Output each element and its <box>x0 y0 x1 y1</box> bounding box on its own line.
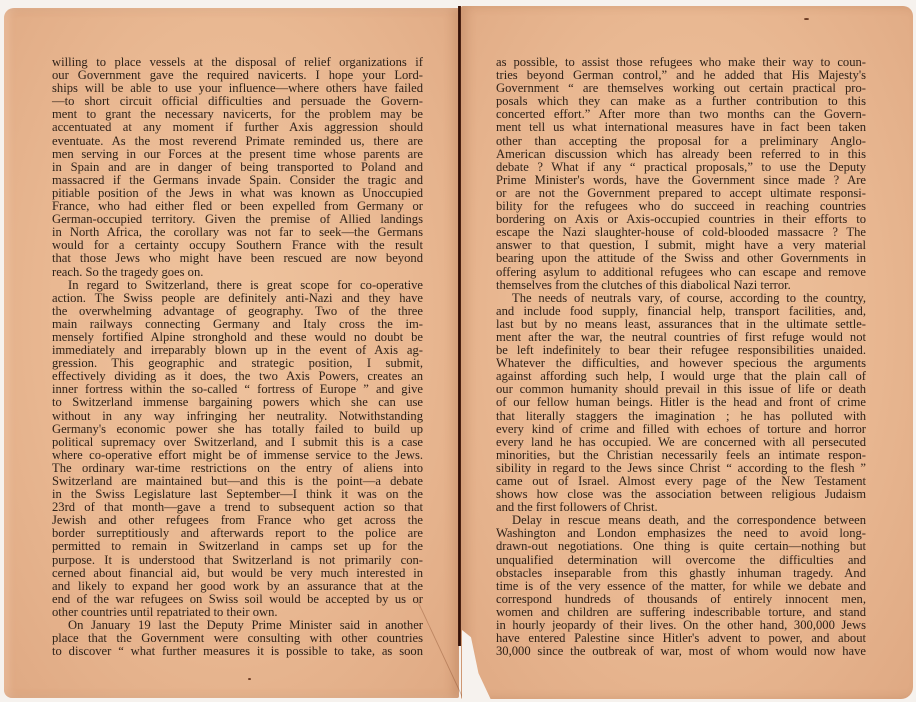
paper-speck <box>856 302 858 304</box>
text-line: the overwhelming advantage of geography.… <box>52 305 423 318</box>
text-line: in Spain and are in danger of being tran… <box>52 161 423 174</box>
right-page: as possible, to assist those refugees wh… <box>461 6 913 699</box>
text-line: last but by no means least, assurances t… <box>496 318 866 331</box>
text-line: main railways connecting Germany and Ita… <box>52 318 423 331</box>
text-line: eventuate. As the most reverend Primate … <box>52 135 423 148</box>
text-line: ment tell us what international measures… <box>496 121 866 134</box>
text-line: drawn-out negotiations. One thing is qui… <box>496 540 866 553</box>
text-line: without in any way infringing her neutra… <box>52 410 423 423</box>
paragraph: In regard to Switzerland, there is great… <box>52 279 423 619</box>
text-line: correspond hundreds of thousands of enti… <box>496 593 866 606</box>
text-line: and likely to expand her good work by an… <box>52 580 423 593</box>
text-line: offering asylum to additional refugees w… <box>496 266 866 279</box>
text-line: accentuated at any moment if further Axi… <box>52 121 423 134</box>
text-line: Prime Minister's words, have the Governm… <box>496 174 866 187</box>
paragraph: Delay in rescue means death, and the cor… <box>496 514 866 658</box>
left-page: willing to place vessels at the disposal… <box>4 8 459 698</box>
text-line: of our fellow human beings. Hitler is th… <box>496 396 866 409</box>
text-line: men serving in our Forces at the present… <box>52 148 423 161</box>
paper-speck <box>248 678 251 680</box>
text-line: that those Jews who might have been resc… <box>52 252 423 265</box>
paragraph: The needs of neutrals vary, of course, a… <box>496 292 866 515</box>
text-line: obstacles inseparable from this ghastly … <box>496 567 866 580</box>
left-page-text: willing to place vessels at the disposal… <box>52 56 423 658</box>
text-line: other than accepting the proposal for a … <box>496 135 866 148</box>
paragraph: willing to place vessels at the disposal… <box>52 56 423 279</box>
paragraph: On January 19 last the Deputy Prime Mini… <box>52 619 423 658</box>
text-line: permitted to remain in Switzerland in ca… <box>52 540 423 553</box>
text-line: time is of the very essence of the matte… <box>496 580 866 593</box>
text-line: minorities, but the Christian necessaril… <box>496 449 866 462</box>
text-line: 30,000 since the outbreak of war, most o… <box>496 645 866 658</box>
text-line: purpose. It is understood that Switzerla… <box>52 554 423 567</box>
text-line: cerned about financial aid, but would be… <box>52 567 423 580</box>
text-line: end of the war refugees on Swiss soil wo… <box>52 593 423 606</box>
text-line: Germany's economic power she has totally… <box>52 423 423 436</box>
text-line: bearing upon the attitude of the Swiss a… <box>496 252 866 265</box>
text-line: every kind of crime and filled with echo… <box>496 423 866 436</box>
text-line: action. The Swiss people are definitely … <box>52 292 423 305</box>
text-line: and include food supply, financial help,… <box>496 305 866 318</box>
text-line: where co-operative effort might be of im… <box>52 449 423 462</box>
text-line: themselves from the clutches of this dia… <box>496 279 866 292</box>
text-line: reach. So the tragedy goes on. <box>52 266 423 279</box>
text-line: unqualified determination will overcome … <box>496 554 866 567</box>
text-line: every land he has occupied. We are conce… <box>496 436 866 449</box>
text-line: debate ? What if any “ practical proposa… <box>496 161 866 174</box>
booklet-spread: willing to place vessels at the disposal… <box>0 0 916 702</box>
text-line: massacred if the Germans invade Spain. C… <box>52 174 423 187</box>
book-spine <box>458 6 461 646</box>
right-page-text: as possible, to assist those refugees wh… <box>496 56 866 658</box>
text-line: The needs of neutrals vary, of course, a… <box>496 292 866 305</box>
text-line: In regard to Switzerland, there is great… <box>52 279 423 292</box>
text-line: political supremacy over Switzerland, an… <box>52 436 423 449</box>
paper-speck <box>804 18 809 20</box>
text-line: to Switzerland immense bargaining powers… <box>52 396 423 409</box>
text-line: American discussion which has already be… <box>496 148 866 161</box>
paragraph: as possible, to assist those refugees wh… <box>496 56 866 292</box>
text-line: that literally staggers the imagination … <box>496 410 866 423</box>
text-line: to discover “ what further measures it i… <box>52 645 423 658</box>
